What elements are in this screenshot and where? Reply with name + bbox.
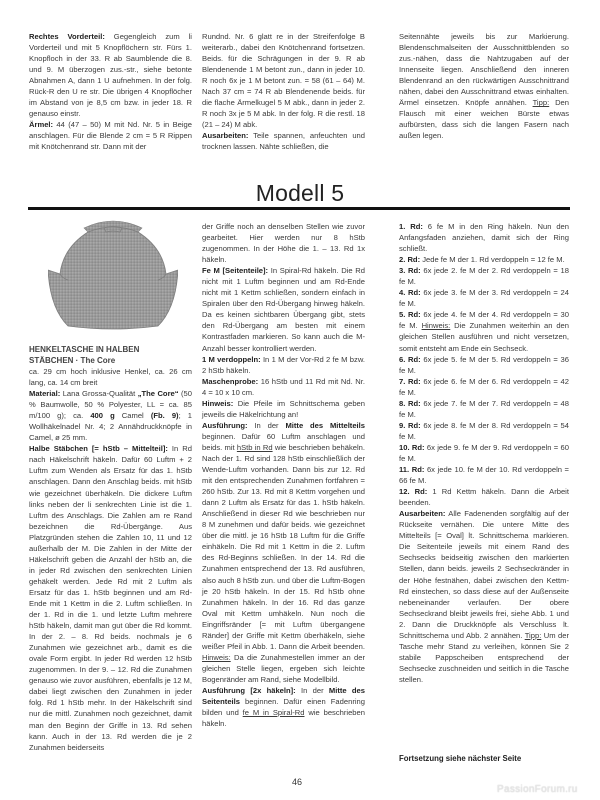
round-10: 10. Rd: 6x jede 9. fe M der 9. Rd verdop… bbox=[399, 442, 569, 464]
paragraph-right-front: Rechtes Vorderteil: Gegengleich zum li V… bbox=[29, 31, 192, 119]
round-2: 2. Rd: Jede fe M der 1. Rd verdoppeln = … bbox=[399, 254, 569, 265]
section-title: Modell 5 bbox=[0, 180, 600, 207]
section-divider bbox=[28, 207, 570, 210]
paragraph-material: Material: Lana Grossa-Qualität „The Core… bbox=[29, 388, 192, 443]
top-right-column: Seitennähte jeweils bis zur Markierung. … bbox=[399, 31, 569, 141]
paragraph-double: 1 M verdoppeln: In 1 M der Vor-Rd 2 fe M… bbox=[202, 354, 365, 376]
top-middle-column: Rundnd. Nr. 6 glatt re in der Streifenfo… bbox=[202, 31, 365, 153]
paragraph-sleeve-cont: Rundnd. Nr. 6 glatt re in der Streifenfo… bbox=[202, 31, 365, 130]
paragraph-intro: der Griffe noch an denselben Stellen wie… bbox=[202, 221, 365, 265]
paragraph-finishing-bag: Ausarbeiten: Alle Fadenenden sorgfältig … bbox=[399, 508, 569, 685]
label-sleeve: Ärmel: bbox=[29, 120, 53, 129]
paragraph-execution-2: Ausführung [2x häkeln]: In der Mitte des… bbox=[202, 685, 365, 729]
label-right-front: Rechtes Vorderteil: bbox=[29, 32, 105, 41]
product-heading-line2: STÄBCHEN · The Core bbox=[29, 355, 192, 366]
label-finishing: Ausarbeiten: bbox=[202, 131, 248, 140]
top-left-column: Rechtes Vorderteil: Gegengleich zum li V… bbox=[29, 31, 192, 153]
right-column: 1. Rd: 6 fe M in den Ring häkeln. Nun de… bbox=[399, 221, 569, 685]
watermark: PassionForum.ru bbox=[497, 784, 578, 795]
product-dimensions: ca. 29 cm hoch inklusive Henkel, ca. 26 … bbox=[29, 366, 192, 388]
round-3: 3. Rd: 6x jede 2. fe M der 2. Rd verdopp… bbox=[399, 265, 569, 287]
round-7: 7. Rd: 6x jede 6. fe M der 6. Rd verdopp… bbox=[399, 376, 569, 398]
paragraph-gauge: Maschenprobe: 16 hStb und 11 Rd mit Nd. … bbox=[202, 376, 365, 398]
paragraph-stitch: Halbe Stäbchen [= hStb – Mittelteil]: In… bbox=[29, 443, 192, 752]
round-1: 1. Rd: 6 fe M in den Ring häkeln. Nun de… bbox=[399, 221, 569, 254]
round-5: 5. Rd: 6x jede 4. fe M der 4. Rd verdopp… bbox=[399, 309, 569, 353]
paragraph-finishing: Ausarbeiten: Teile spannen, anfeuchten u… bbox=[202, 130, 365, 152]
round-6: 6. Rd: 6x jede 5. fe M der 5. Rd verdopp… bbox=[399, 354, 569, 376]
paragraph-hint: Hinweis: Die Pfeile im Schnittschema geb… bbox=[202, 398, 365, 420]
round-4: 4. Rd: 6x jede 3. fe M der 3. Rd verdopp… bbox=[399, 287, 569, 309]
round-9: 9. Rd: 6x jede 8. fe M der 8. Rd verdopp… bbox=[399, 420, 569, 442]
round-8: 8. Rd: 6x jede 7. fe M der 7. Rd verdopp… bbox=[399, 398, 569, 420]
bag-photo bbox=[48, 218, 178, 330]
paragraph-execution: Ausführung: In der Mitte des Mittelteils… bbox=[202, 420, 365, 685]
middle-column: der Griffe noch an denselben Stellen wie… bbox=[202, 221, 365, 729]
paragraph-finishing-cont: Seitennähte jeweils bis zur Markierung. … bbox=[399, 31, 569, 141]
round-12: 12. Rd: 1 Rd Kettm häkeln. Dann die Arbe… bbox=[399, 486, 569, 508]
left-column: HENKELTASCHE IN HALBEN STÄBCHEN · The Co… bbox=[29, 344, 192, 753]
round-11: 11. Rd: 6x jede 10. fe M der 10. Rd verd… bbox=[399, 464, 569, 486]
page-number: 46 bbox=[292, 777, 302, 787]
continuation-note: Fortsetzung siehe nächster Seite bbox=[399, 754, 521, 763]
product-heading-line1: HENKELTASCHE IN HALBEN bbox=[29, 344, 192, 355]
paragraph-fem: Fe M [Seitenteile]: In Spiral-Rd häkeln.… bbox=[202, 265, 365, 353]
paragraph-sleeve: Ärmel: 44 (47 – 50) M mit Nd. Nr. 5 in B… bbox=[29, 119, 192, 152]
